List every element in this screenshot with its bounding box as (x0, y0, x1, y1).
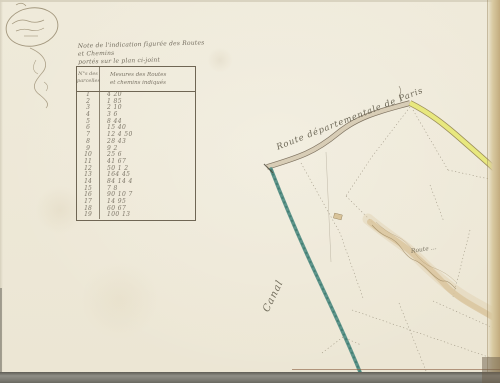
table-row: 16 90 10 7 (77, 192, 195, 199)
scan-edge-right (487, 0, 500, 383)
table-row: 13 164 45 (77, 172, 195, 179)
ink-flourish (30, 48, 48, 108)
measure-value: 100 13 (100, 212, 195, 219)
table-row: 15 7 8 (77, 186, 195, 193)
table-row: 4 3 6 (77, 112, 195, 119)
scan-corner-bottom-right (482, 357, 500, 383)
table-row: 6 15 40 (77, 125, 195, 132)
table-row: 5 8 44 (77, 119, 195, 126)
canal-band (264, 164, 360, 372)
col-parcel-header: N°s des parcelles (77, 67, 100, 91)
table-header: N°s des parcelles Mesures des Routes et … (77, 67, 195, 92)
parcel-number: 19 (77, 212, 100, 219)
table-row: 3 2 10 (77, 105, 195, 112)
measures-table: N°s des parcelles Mesures des Routes et … (76, 66, 196, 221)
scan-edge-right-line (487, 0, 488, 383)
table-row: 19 100 13 (77, 212, 195, 219)
table-row: 2 1 85 (77, 99, 195, 106)
table-row: 12 50 1 2 (77, 166, 195, 173)
parcel-line (326, 152, 331, 262)
table-row: 9 9 2 (77, 146, 195, 153)
scan-edge-top (0, 0, 500, 2)
stream (368, 219, 498, 318)
table-row: 7 12 4 50 (77, 132, 195, 139)
col-measure-header: Mesures des Routes et chemins indiqués (100, 67, 195, 91)
scanned-map-page: Note de l'indication figurée des Routes … (0, 0, 500, 383)
map-title: Note de l'indication figurée des Routes … (78, 39, 211, 66)
table-row: 8 28 43 (77, 139, 195, 146)
table-row: 18 60 67 (77, 206, 195, 213)
table-row: 10 25 6 (77, 152, 195, 159)
table-row: 17 14 95 (77, 199, 195, 206)
main-road (267, 103, 410, 167)
table-row: 14 84 14 4 (77, 179, 195, 186)
table-row: 11 41 67 (77, 159, 195, 166)
scan-edge-bottom (0, 372, 500, 383)
map-bottom-border-line (292, 369, 500, 370)
scan-edge-left-dark (0, 288, 2, 374)
building-mark (333, 213, 342, 220)
table-body: 1 4 20 2 1 85 3 2 10 4 3 6 (77, 92, 195, 220)
oval-ink-stamp (3, 3, 60, 50)
map-canvas (0, 0, 500, 383)
table-row: 1 4 20 (77, 92, 195, 99)
